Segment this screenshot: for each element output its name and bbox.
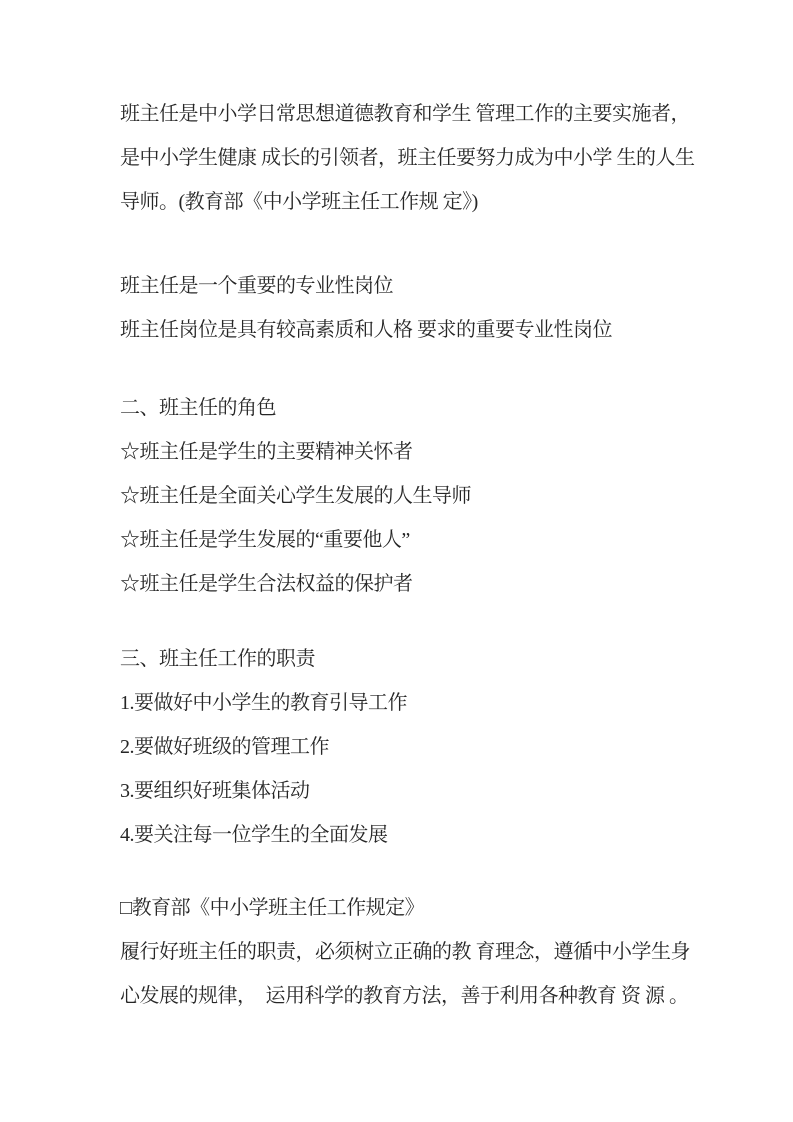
paragraph-line: 履行好班主任的职责，必须树立正确的教 育理念，遵循中小学生身 bbox=[120, 930, 720, 974]
section-duties: 三、班主任工作的职责 1.要做好中小学生的教育引导工作 2.要做好班级的管理工作… bbox=[120, 637, 720, 857]
duty-list-item: 4.要关注每一位学生的全面发展 bbox=[120, 813, 720, 857]
paragraph-line: □教育部《中小学班主任工作规定》 bbox=[120, 886, 720, 930]
role-list-item: ☆班主任是学生发展的“重要他人” bbox=[120, 518, 720, 562]
duty-list-item: 3.要组织好班集体活动 bbox=[120, 769, 720, 813]
section-heading: 二、班主任的角色 bbox=[120, 386, 720, 430]
section-intro: 班主任是中小学日常思想道德教育和学生 管理工作的主要实施者， 是中小学生健康 成… bbox=[120, 92, 720, 224]
section-position: 班主任是一个重要的专业性岗位 班主任岗位是具有较高素质和人格 要求的重要专业性岗… bbox=[120, 264, 720, 352]
paragraph-line: 班主任岗位是具有较高素质和人格 要求的重要专业性岗位 bbox=[120, 308, 720, 352]
document-text-block: 班主任是中小学日常思想道德教育和学生 管理工作的主要实施者， 是中小学生健康 成… bbox=[120, 92, 720, 1018]
paragraph-line: 心发展的规律， 运用科学的教育方法，善于利用各种教育 资 源 。 bbox=[120, 974, 720, 1018]
duty-list-item: 1.要做好中小学生的教育引导工作 bbox=[120, 681, 720, 725]
duty-list-item: 2.要做好班级的管理工作 bbox=[120, 725, 720, 769]
document-page: 班主任是中小学日常思想道德教育和学生 管理工作的主要实施者， 是中小学生健康 成… bbox=[0, 0, 793, 1122]
section-regulation: □教育部《中小学班主任工作规定》 履行好班主任的职责，必须树立正确的教 育理念，… bbox=[120, 886, 720, 1018]
paragraph-line: 是中小学生健康 成长的引领者，班主任要努力成为中小学 生的人生 bbox=[120, 136, 720, 180]
section-roles: 二、班主任的角色 ☆班主任是学生的主要精神关怀者 ☆班主任是全面关心学生发展的人… bbox=[120, 386, 720, 606]
paragraph-line: 导师。(教育部《中小学班主任工作规 定》) bbox=[120, 180, 720, 224]
role-list-item: ☆班主任是学生的主要精神关怀者 bbox=[120, 430, 720, 474]
role-list-item: ☆班主任是全面关心学生发展的人生导师 bbox=[120, 474, 720, 518]
paragraph-line: 班主任是中小学日常思想道德教育和学生 管理工作的主要实施者， bbox=[120, 92, 720, 136]
paragraph-line: 班主任是一个重要的专业性岗位 bbox=[120, 264, 720, 308]
section-heading: 三、班主任工作的职责 bbox=[120, 637, 720, 681]
role-list-item: ☆班主任是学生合法权益的保护者 bbox=[120, 562, 720, 606]
